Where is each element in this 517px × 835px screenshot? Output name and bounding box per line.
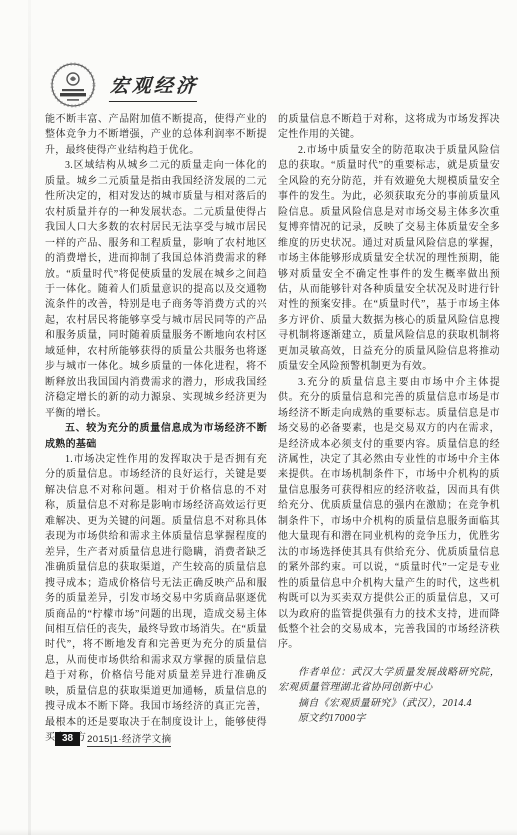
paragraph-continuation: 的质量信息不断趋于对称，这将成为市场发挥决定性作用的关键。 — [278, 112, 500, 143]
scan-edge-artifact — [28, 0, 31, 835]
left-column: 能不断丰富、产品附加值不断提高，使得产业的整体竞争力不断增强，产业的总体利润率不… — [45, 112, 267, 746]
attribution-block: 作者单位：武汉大学质量发展战略研究院，宏观质量管理湖北省协同创新中心 摘自《宏观… — [278, 665, 500, 727]
word-count-note: 原文约17000字 — [278, 711, 500, 726]
paragraph-intermediaries: 3.充分的质量信息主要由市场中介主体提供。充分的质量信息和完善的质量信息市场是市… — [278, 375, 500, 653]
page-header: 宏观经济 — [50, 60, 198, 112]
page-footer: 38 2015|1·经济学文摘 — [55, 731, 171, 747]
paragraph-quality-info: 1.市场决定性作用的发挥取决于是否拥有充分的质量信息。市场经济的良好运行，关键是… — [45, 452, 267, 746]
author-affiliation: 作者单位：武汉大学质量发展战略研究院，宏观质量管理湖北省协同创新中心 — [278, 665, 500, 696]
source-citation: 摘自《宏观质量研究》（武汉），2014.4 — [278, 696, 500, 711]
section-heading-five: 五、较为充分的质量信息成为市场经济不断成熟的基础 — [45, 421, 267, 452]
issue-label: 2015|1·经济学文摘 — [87, 731, 171, 747]
page-number-badge: 38 — [55, 732, 80, 746]
journal-seal-icon — [50, 61, 96, 111]
scan-shadow-artifact — [0, 829, 517, 835]
scanned-journal-page: 宏观经济 能不断丰富、产品附加值不断提高，使得产业的整体竞争力不断增强，产业的总… — [0, 0, 517, 835]
paragraph-region-structure: 3.区域结构从城乡二元的质量走向一体化的质量。城乡二元质量是指由我国经济发展的二… — [45, 158, 267, 421]
paragraph-continuation: 能不断丰富、产品附加值不断提高，使得产业的整体竞争力不断增强，产业的总体利润率不… — [45, 112, 267, 158]
right-column: 的质量信息不断趋于对称，这将成为市场发挥决定性作用的关键。 2.市场中质量安全的… — [278, 112, 500, 746]
section-title: 宏观经济 — [109, 71, 199, 102]
paragraph-risk-info: 2.市场中质量安全的防范取决于质量风险信息的获取。“质量时代”的重要标志，就是质… — [278, 143, 500, 375]
article-body: 能不断丰富、产品附加值不断提高，使得产业的整体竞争力不断增强，产业的总体利润率不… — [45, 112, 501, 746]
